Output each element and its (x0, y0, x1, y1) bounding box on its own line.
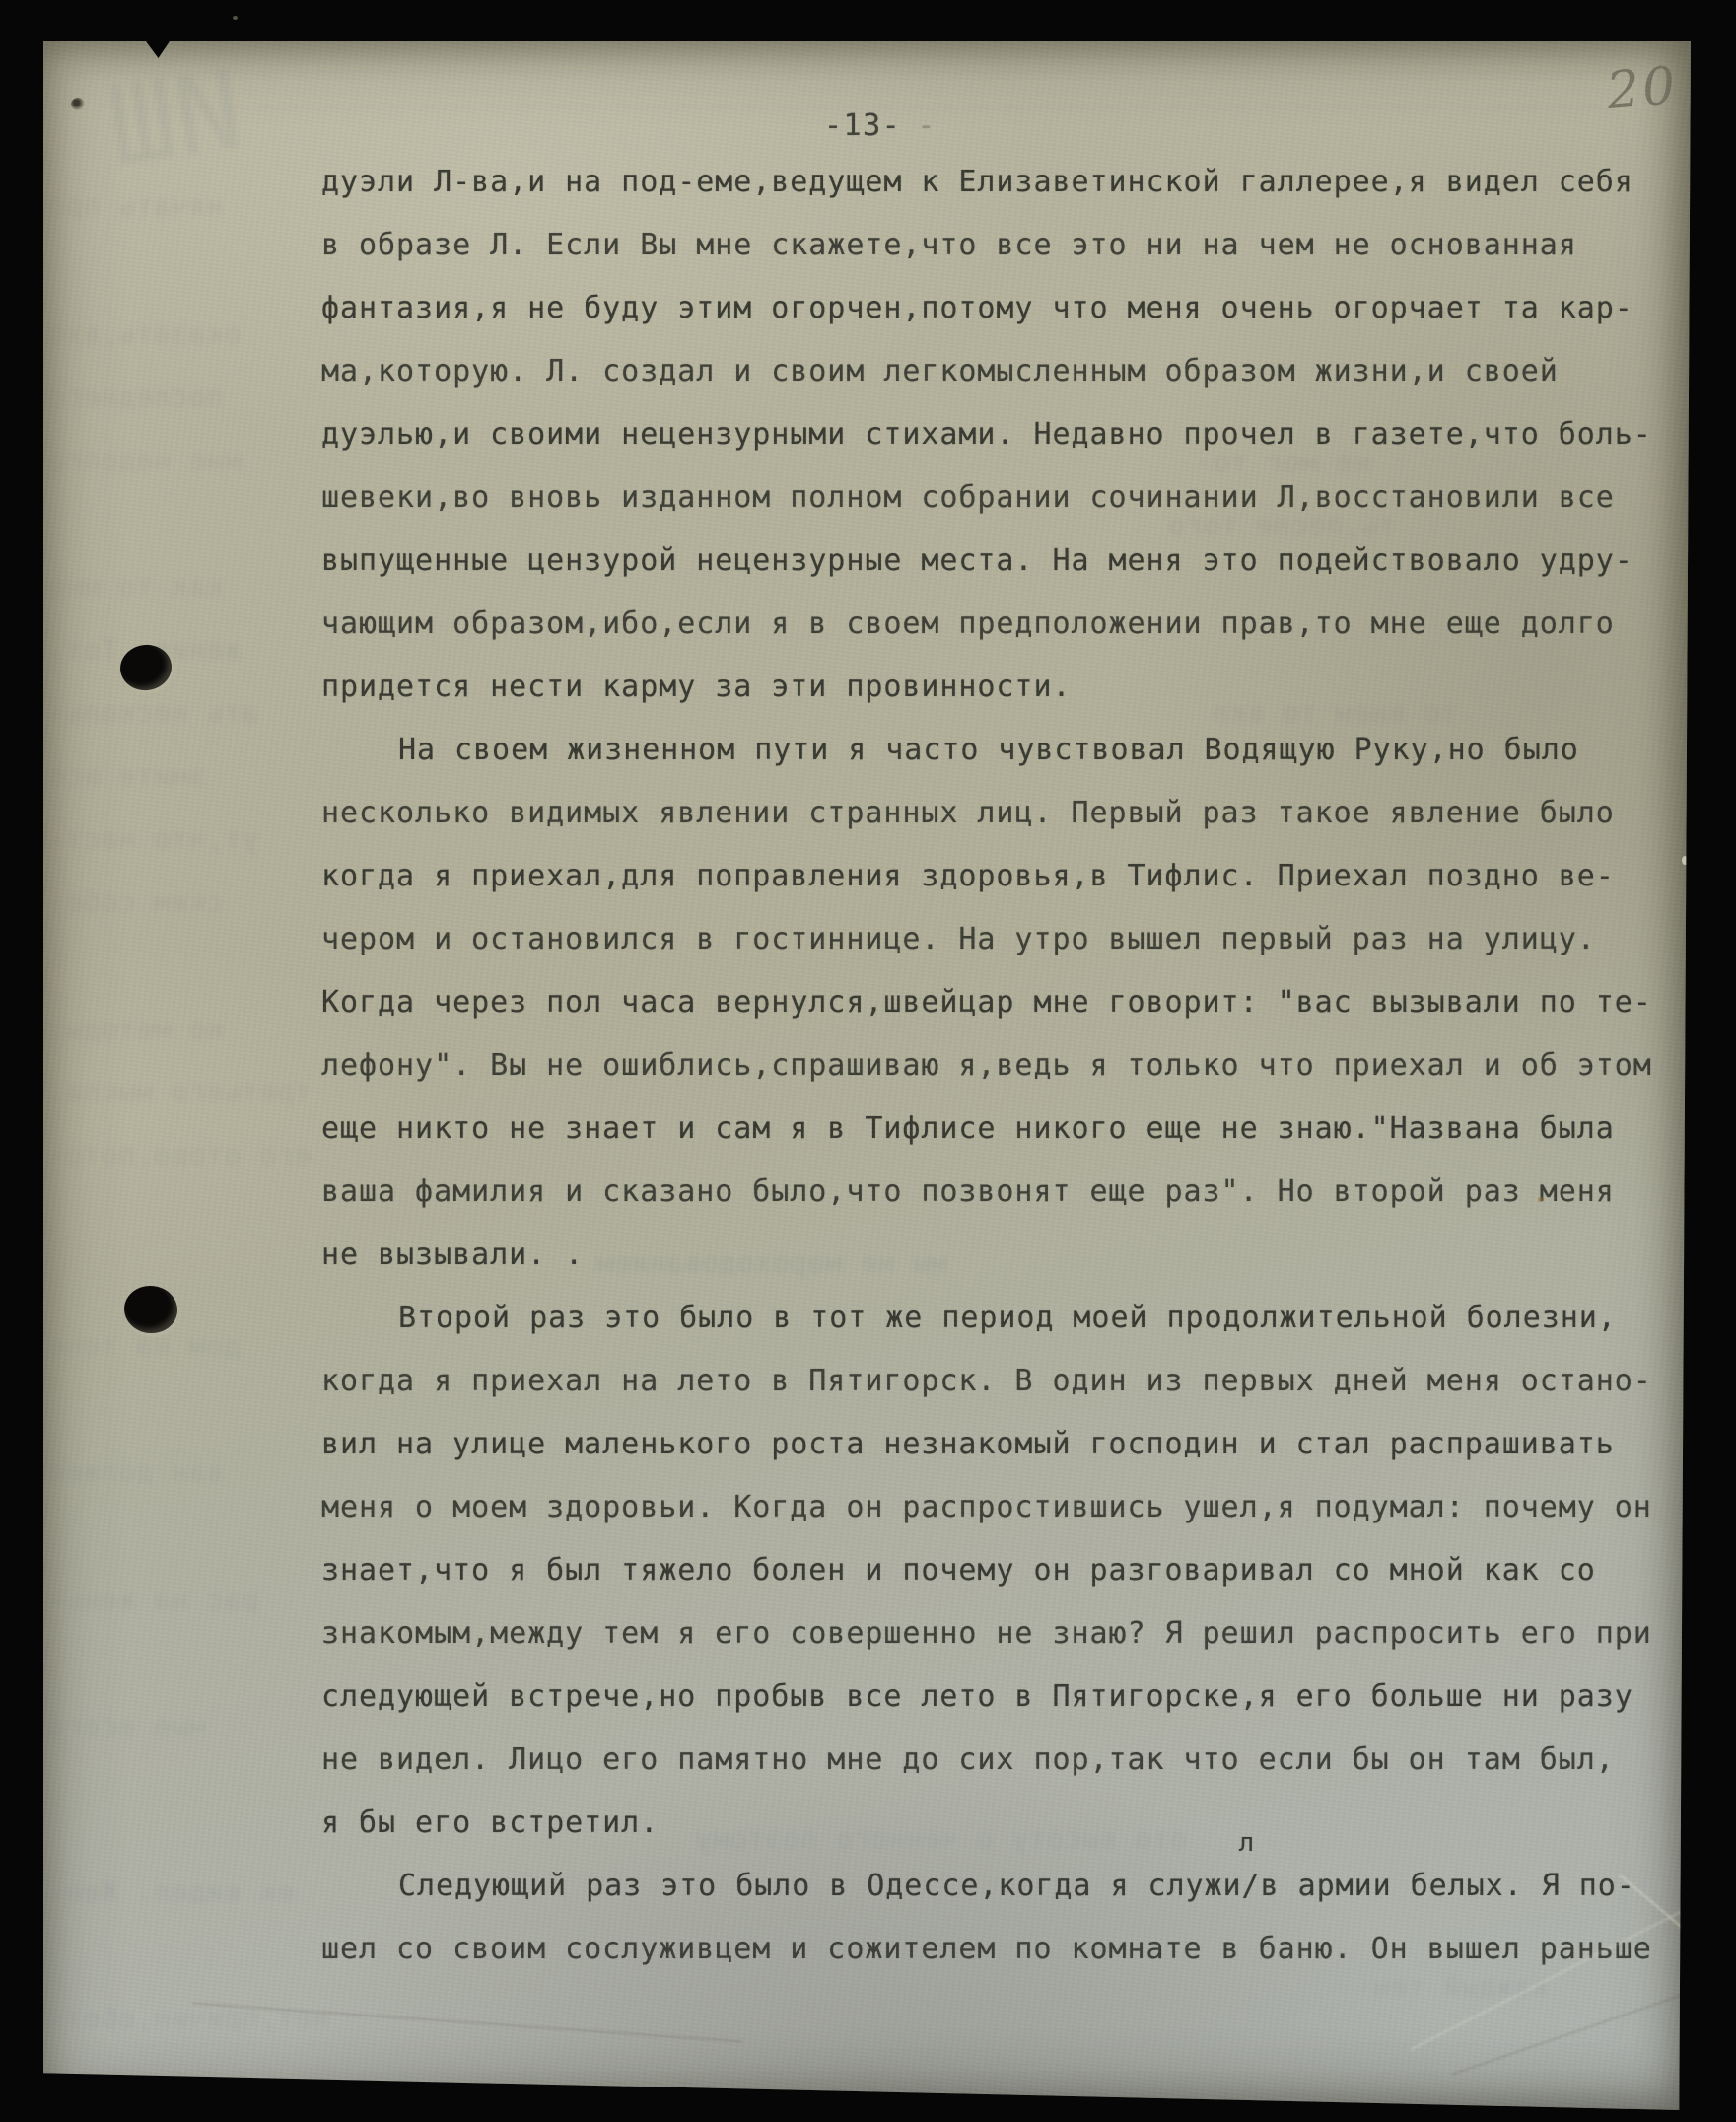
bleed-through-text: мне недолго (47, 444, 241, 476)
typed-line: знает,что я был тяжело болен и почему он… (321, 1539, 1682, 1602)
punch-hole-top (117, 642, 174, 694)
typed-line: шевеки,во вновь изданном полном собрании… (321, 466, 1682, 530)
typed-line: не вызывали. . (321, 1224, 1682, 1287)
typed-line: в образе Л. Если Вы мне скажете,что все … (321, 214, 1682, 277)
crease-line (192, 2002, 743, 2042)
handwritten-page-number: 20 (1605, 56, 1681, 121)
crease-line (1451, 1977, 1731, 2076)
paragraph: дуэли Л-ва,и на под-еме,ведущем к Елизав… (321, 151, 1682, 719)
typed-line: дуэли Л-ва,и на под-еме,ведущем к Елизав… (321, 151, 1682, 214)
bleed-through-text: нет,причин,обет- (47, 2002, 329, 2034)
typed-line: когда я приехал на лето в Пятигорск. В о… (321, 1350, 1682, 1413)
typed-line-segment: Следующий раз это было в Одессе,когда я … (398, 1869, 1242, 1903)
typed-line: лефону". Вы не ошиблись,спрашиваю я,ведь… (321, 1034, 1682, 1097)
typed-line: знакомым,между тем я его совершенно не з… (321, 1602, 1682, 1665)
paragraph: Второй раз это было в тот же период моей… (321, 1287, 1682, 1855)
pin-hole (71, 98, 85, 110)
typed-line: ваша фамилия и сказано было,что позвонят… (321, 1161, 1682, 1224)
typed-line: несколько видимых явлении странных лиц. … (321, 782, 1682, 845)
bleed-through-text: мые всего (47, 1710, 206, 1742)
typed-correction-slash: / (1242, 1869, 1261, 1903)
page-number-ghost-dash: - (917, 108, 937, 143)
paragraph: Следующий раз это было в Одессе,когда я … (321, 1855, 1682, 1981)
typed-line-segment: в армии белых. Я по- (1261, 1869, 1635, 1903)
bleed-through-text: ским собе- (47, 885, 224, 918)
typed-line: когда я приехал,для поправления здоровья… (321, 845, 1682, 908)
scan-background: ИШнячать прооказать,вхопоследнегомне нед… (0, 0, 1736, 2122)
bleed-through-text: ек видел. Жен- (47, 1875, 294, 1908)
typed-correction-insert: л (1239, 1828, 1255, 1858)
typed-line: придется нести карму за эти провинности. (321, 656, 1682, 719)
typed-line: следующей встрече,но пробыв все лето в П… (321, 1665, 1682, 1729)
bleed-through-text: третьего мысла. (47, 1075, 312, 1107)
typed-line: я бы его встретил. (321, 1792, 1682, 1855)
bleed-through-text: дом на тене (47, 1329, 241, 1362)
rust-speck (1538, 1197, 1544, 1202)
bleed-through-text: как то мне (47, 570, 224, 602)
bleed-through-text: змите все (47, 759, 206, 792)
typed-line: меня о моем здоровьи. Когда он распрости… (321, 1476, 1682, 1539)
bleed-through-text: ут,что наст- (47, 822, 258, 855)
typed-line: фантазия,я не буду этим огорчен,потому ч… (321, 277, 1682, 340)
typed-line: не видел. Лицо его памятно мне до сих по… (321, 1729, 1682, 1792)
typed-line: Когда через пол часа вернулся,швейцар мн… (321, 971, 1682, 1034)
bleed-through-text: его оторо,пото- (47, 1138, 312, 1170)
typed-correction: л/ (1242, 1855, 1261, 1918)
paragraph: На своем жизненном пути я часто чувствов… (321, 719, 1682, 1287)
bleed-through-text: оказать,вхо (47, 318, 241, 350)
typed-line: дуэлью,и своими нецензурными стихами. Не… (321, 403, 1682, 466)
edge-notch (146, 41, 170, 58)
page-number-value: -13- (824, 108, 901, 143)
punch-hole-bottom (122, 1284, 179, 1336)
typed-line: ма,которую. Л. создал и своим легкомысле… (321, 340, 1682, 403)
bleed-through-text: ИШ (101, 46, 249, 189)
typed-line: шел со своим сослуживцем и сожителем по … (321, 1918, 1682, 1981)
typed-line: На своем жизненном пути я часто чувствов… (321, 719, 1682, 782)
dust-speck (233, 16, 238, 20)
typed-line: чающим образом,ибо,если я в своем предпо… (321, 593, 1682, 656)
bleed-through-text: нячать про (47, 189, 224, 222)
bleed-through-text: ать несколь- (47, 696, 258, 729)
bleed-through-text: рас на жень- (47, 1584, 258, 1616)
typed-text-block: дуэли Л-ва,и на под-еме,ведущем к Елизав… (321, 151, 1682, 1981)
page-number: -13-- (824, 108, 937, 143)
bleed-through-text: но методы. (47, 1013, 224, 1045)
typed-line: Второй раз это было в тот же период моей… (321, 1287, 1682, 1350)
bleed-through-text: ван должен (47, 1455, 224, 1488)
typed-line: выпущенные цензурой нецензурные места. Н… (321, 530, 1682, 593)
paper-edge-speck (1682, 856, 1688, 865)
typed-line: чером и остановился в гостиннице. На утр… (321, 908, 1682, 971)
typed-line: еще никто не знает и сам я в Тифлисе ник… (321, 1097, 1682, 1161)
document-page: ИШнячать прооказать,вхопоследнегомне нед… (43, 41, 1691, 2110)
typed-line: вил на улице маленького роста незнакомый… (321, 1413, 1682, 1476)
typed-line: Следующий раз это было в Одессе,когда я … (321, 1855, 1682, 1918)
bleed-through-text: последнего (47, 381, 224, 413)
